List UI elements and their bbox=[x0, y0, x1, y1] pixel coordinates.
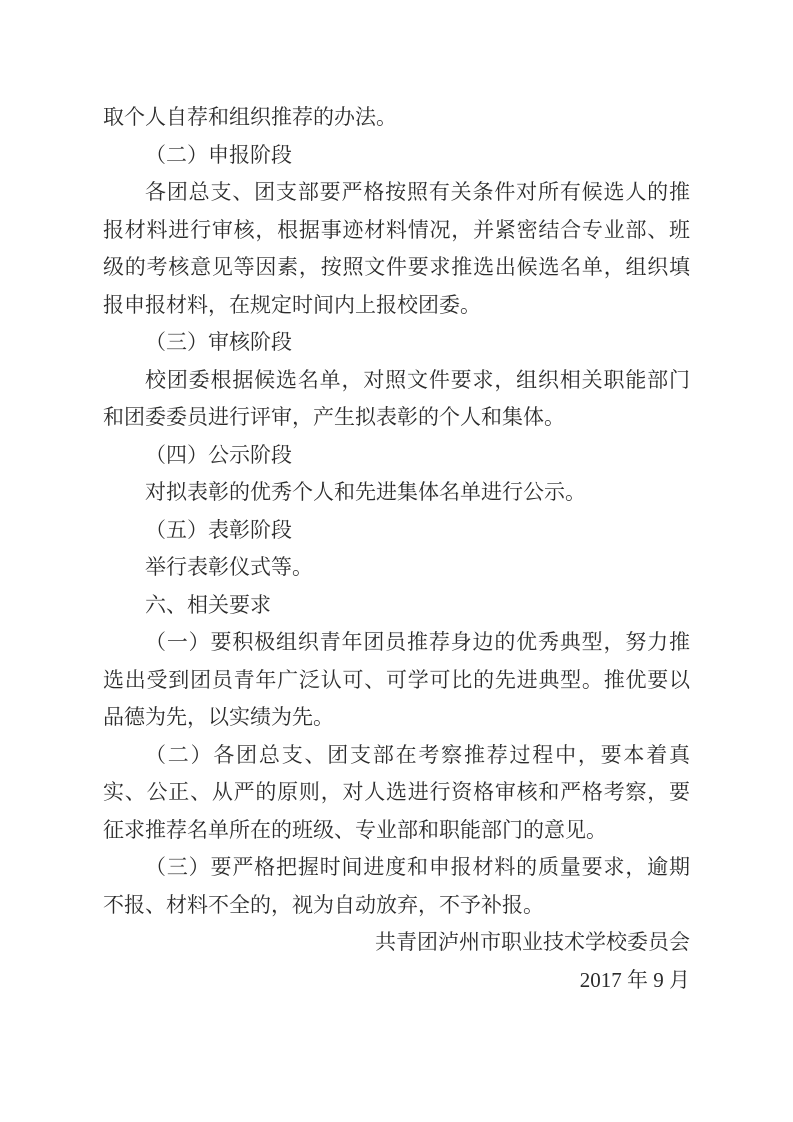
signature-committee: 共青团泸州市职业技术学校委员会 bbox=[103, 924, 690, 962]
heading-stage-commendation: （五）表彰阶段 bbox=[103, 512, 690, 550]
heading-section-six-requirements: 六、相关要求 bbox=[103, 587, 690, 625]
paragraph-publicity-stage: 对拟表彰的优秀个人和先进集体名单进行公示。 bbox=[103, 474, 690, 512]
paragraph-requirement-3: （三）要严格把握时间进度和申报材料的质量要求，逾期不报、材料不全的，视为自动放弃… bbox=[103, 849, 690, 924]
paragraph-application-stage: 各团总支、团支部要严格按照有关条件对所有候选人的推报材料进行审核，根据事迹材料情… bbox=[103, 174, 690, 324]
paragraph-requirement-2: （二）各团总支、团支部在考察推荐过程中，要本着真实、公正、从严的原则，对人选进行… bbox=[103, 737, 690, 850]
heading-stage-application: （二）申报阶段 bbox=[103, 137, 690, 175]
document-page: 取个人自荐和组织推荐的办法。 （二）申报阶段 各团总支、团支部要严格按照有关条件… bbox=[0, 0, 793, 1122]
signature-date: 2017 年 9 月 bbox=[103, 962, 690, 1000]
document-body: 取个人自荐和组织推荐的办法。 （二）申报阶段 各团总支、团支部要严格按照有关条件… bbox=[103, 99, 690, 999]
paragraph-commendation-stage: 举行表彰仪式等。 bbox=[103, 549, 690, 587]
heading-stage-publicity: （四）公示阶段 bbox=[103, 437, 690, 475]
paragraph-requirement-1: （一）要积极组织青年团员推荐身边的优秀典型，努力推选出受到团员青年广泛认可、可学… bbox=[103, 624, 690, 737]
paragraph-review-stage: 校团委根据候选名单，对照文件要求，组织相关职能部门和团委委员进行评审，产生拟表彰… bbox=[103, 362, 690, 437]
paragraph-continued-from-previous-page: 取个人自荐和组织推荐的办法。 bbox=[103, 99, 690, 137]
heading-stage-review: （三）审核阶段 bbox=[103, 324, 690, 362]
